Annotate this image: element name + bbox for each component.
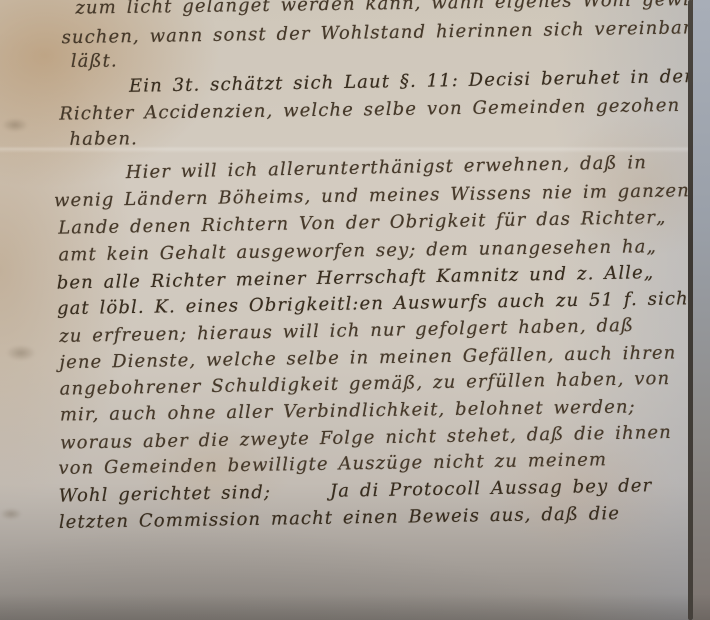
handwritten-line: läßt. bbox=[71, 50, 118, 71]
handwritten-line: amt kein Gehalt ausgeworfen sey; dem una… bbox=[58, 236, 657, 265]
handwritten-line: gat löbl. K. eines Obrigkeitl:en Auswurf… bbox=[57, 288, 689, 319]
adjacent-page-edge bbox=[693, 0, 710, 620]
handwritten-line: haben. bbox=[69, 128, 138, 150]
handwritten-line: angebohrener Schuldigkeit gemäß, zu erfü… bbox=[60, 368, 671, 400]
handwritten-line: Lande denen Richtern Von der Obrigkeit f… bbox=[58, 207, 667, 239]
handwritten-line: wenig Ländern Böheims, und meines Wissen… bbox=[54, 180, 690, 211]
bottom-vignette bbox=[0, 594, 710, 620]
handwritten-line: suchen, wann sonst der Wohlstand hierinn… bbox=[61, 17, 710, 48]
handwritten-line: von Gemeinden bewilligte Auszüge nicht z… bbox=[58, 449, 607, 479]
handwritten-line: Wohl gerichtet sind; Ja di Protocoll Aus… bbox=[58, 475, 652, 506]
handwritten-line: letzten Commission macht einen Beweis au… bbox=[59, 503, 620, 533]
handwritten-line: mir, auch ohne aller Verbindlichkeit, be… bbox=[60, 396, 636, 425]
handwritten-line: Ein 3t. schätzt sich Laut §. 11: Decisi … bbox=[129, 66, 694, 97]
handwriting-layer: zum licht gelanget werden kann, wann eig… bbox=[0, 0, 710, 620]
handwritten-line: Hier will ich allerunterthänigst erwehne… bbox=[126, 152, 648, 183]
handwritten-line: zu erfreuen; hieraus will ich nur gefolg… bbox=[59, 315, 634, 347]
handwritten-line: ben alle Richter meiner Herrschaft Kamni… bbox=[57, 262, 655, 293]
manuscript-photo: zum licht gelanget werden kann, wann eig… bbox=[0, 0, 710, 620]
handwritten-line: zum licht gelanget werden kann, wann eig… bbox=[75, 0, 710, 19]
handwritten-line: Richter Accidenzien, welche selbe von Ge… bbox=[59, 95, 680, 125]
